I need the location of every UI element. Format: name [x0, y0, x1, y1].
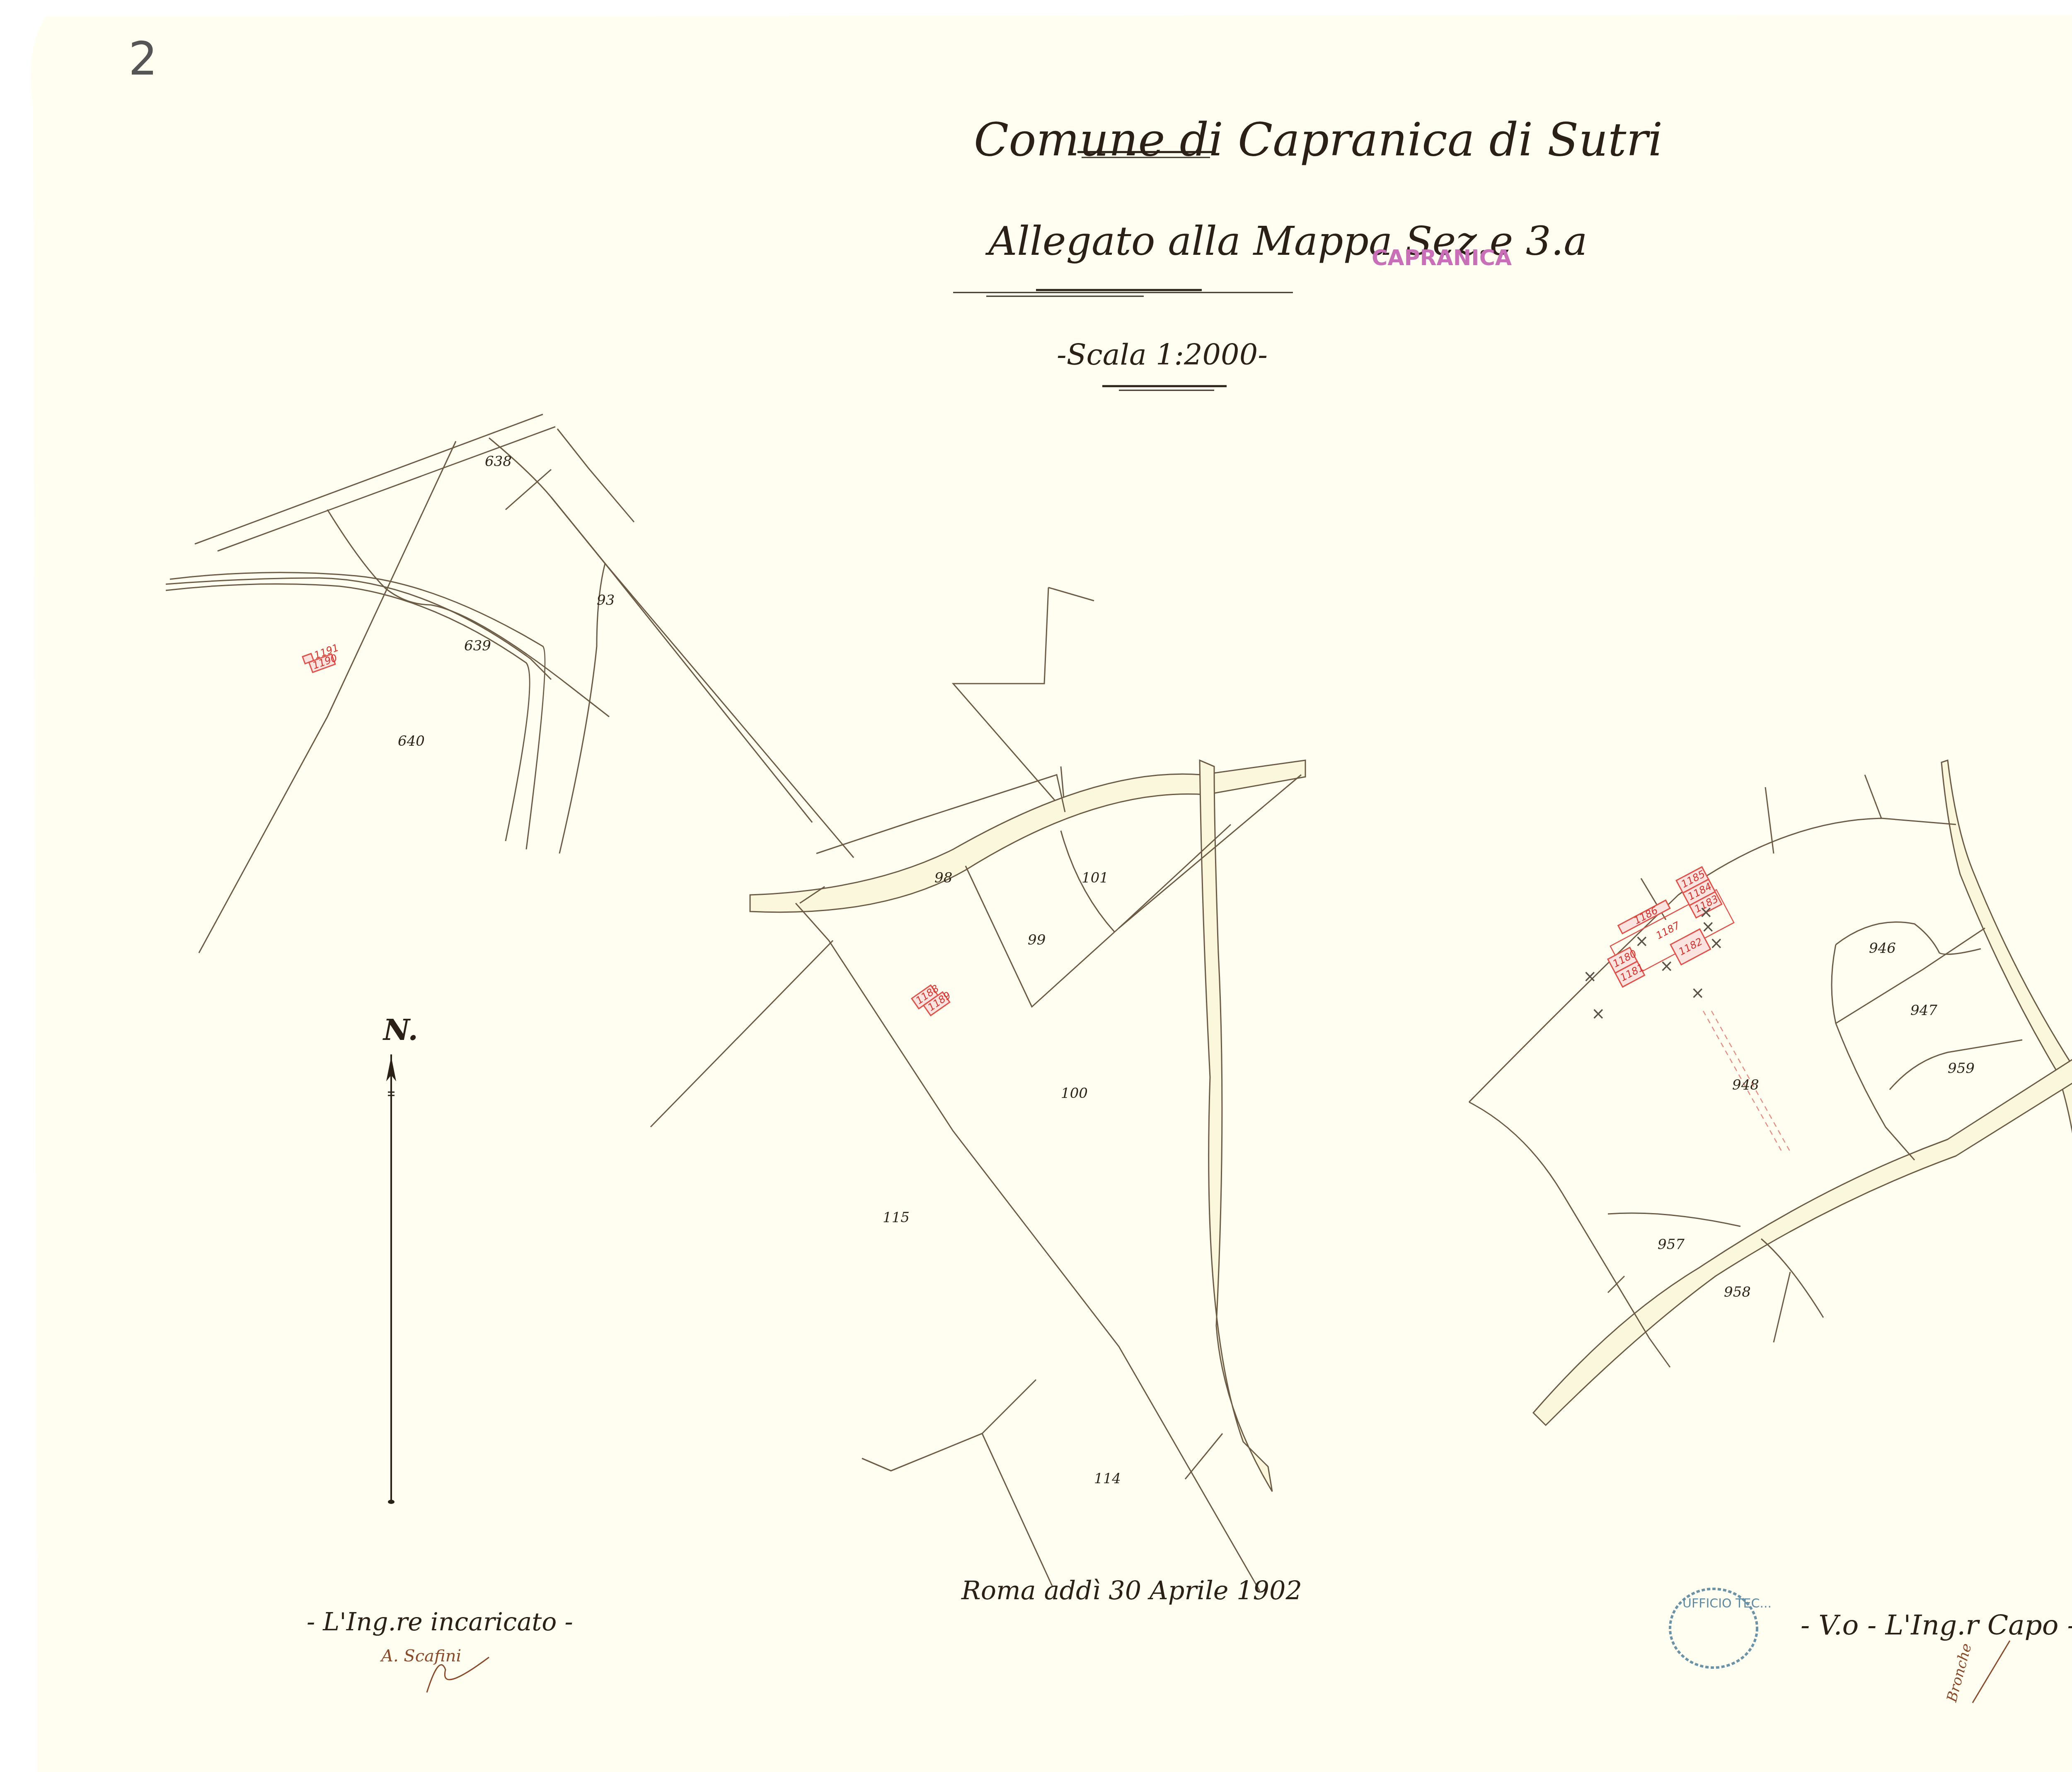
parcel-100[interactable]: 100	[1061, 1085, 1088, 1102]
cadastral-map: 2 Comune di Capranica di Sutri Allegato …	[0, 0, 2072, 1772]
parcel-115[interactable]: 115	[883, 1209, 910, 1226]
date-line: Roma addì 30 Aprile 1902	[961, 1575, 1302, 1605]
x-mark: ×	[1591, 1004, 1605, 1023]
signature-left-title: - L'Ing.re incaricato -	[307, 1608, 573, 1637]
parcel-640[interactable]: 640	[398, 733, 425, 749]
parcel-947[interactable]: 947	[1910, 1002, 1937, 1019]
x-mark: ×	[1635, 932, 1649, 951]
page-number: 2	[128, 32, 157, 85]
x-mark: ×	[1660, 957, 1674, 976]
parcel-948[interactable]: 948	[1732, 1077, 1759, 1093]
map-title: Comune di Capranica di Sutri	[974, 113, 1663, 166]
parcel-957[interactable]: 957	[1658, 1236, 1685, 1253]
x-mark: ×	[1691, 984, 1705, 1003]
x-mark: ×	[1583, 967, 1597, 986]
scale-label: -Scala 1:2000-	[1057, 338, 1268, 372]
parcel-946[interactable]: 946	[1869, 940, 1896, 957]
parcel-958[interactable]: 958	[1724, 1284, 1751, 1301]
svg-text:UFFICIO TEC...: UFFICIO TEC...	[1682, 1596, 1772, 1611]
parcel-959[interactable]: 959	[1948, 1060, 1975, 1077]
parcel-101[interactable]: 101	[1082, 870, 1109, 886]
parcel-98[interactable]: 98	[934, 870, 952, 886]
parcel-638[interactable]: 638	[485, 453, 512, 470]
signature-right-title: - V.o - L'Ing.r Capo -	[1801, 1609, 2072, 1641]
x-mark: ×	[1709, 934, 1723, 953]
signature-left-name: A. Scafini	[380, 1646, 461, 1666]
parcel-99[interactable]: 99	[1028, 932, 1046, 948]
north-label: N.	[382, 1013, 418, 1047]
capranica-stamp: CAPRANICA	[1372, 246, 1512, 271]
parcel-114[interactable]: 114	[1094, 1470, 1121, 1487]
parcel-639[interactable]: 639	[464, 638, 491, 654]
parcel-93[interactable]: 93	[597, 592, 615, 609]
paper-sheet	[31, 15, 2072, 1772]
